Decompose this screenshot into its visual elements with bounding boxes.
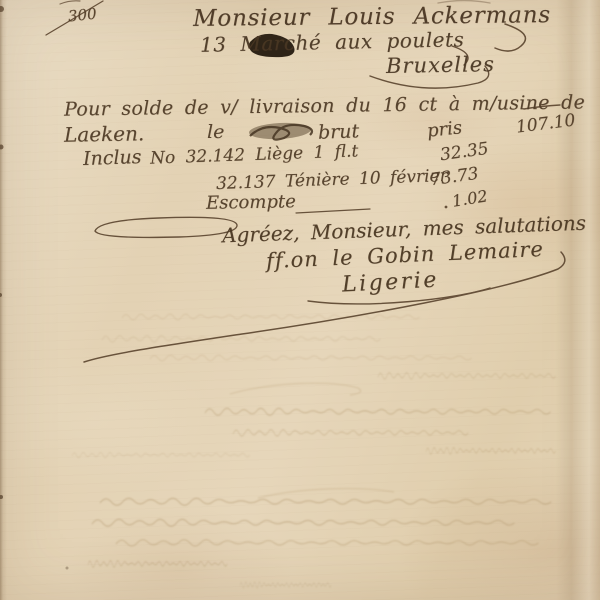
bleed-through-line <box>233 430 468 436</box>
pris-word: pris <box>426 119 463 141</box>
crossed-out-word-scribble <box>250 125 312 140</box>
shipment-amount-2: 73.73 <box>429 166 480 190</box>
bleed-through-line <box>100 498 551 505</box>
bleed-through-line <box>102 336 380 342</box>
place-word: Laeken. <box>64 123 145 144</box>
period-dot <box>445 206 448 209</box>
bleed-through-flourish <box>258 489 394 498</box>
page-vignette <box>0 0 600 600</box>
paper-stains <box>0 0 600 600</box>
left-paper-edge <box>0 0 7 600</box>
bleed-through-layer <box>0 0 600 600</box>
brut-word: brut <box>318 122 360 142</box>
corner-mark-denominator: 300 <box>67 7 97 25</box>
bleed-through-line <box>92 519 514 526</box>
bleed-through-group <box>72 314 556 588</box>
document-page: 300 Monsieur Louis Ackermans 13 Marché a… <box>0 0 600 600</box>
recipient-street: 13 Marché aux poulets <box>200 29 465 55</box>
right-crease <box>556 0 600 600</box>
signature-name: Ligerie <box>341 269 439 296</box>
bleed-through-line <box>240 582 331 588</box>
recipient-city: Bruxelles <box>386 54 495 77</box>
shipment-line-2: 32.137 Ténière 10 février <box>216 168 448 193</box>
bleed-through-line <box>122 314 420 320</box>
bleed-through-line <box>205 408 551 415</box>
oval-flourish <box>95 217 237 237</box>
scribble-fill <box>249 121 312 140</box>
le-word: le <box>207 123 224 142</box>
shipment-line-1: No 32.142 Liège 1 fl.t <box>150 143 359 167</box>
edge-speck <box>0 495 3 499</box>
bleed-through-line <box>426 448 556 454</box>
invoice-intro-line: Pour solde de v/ livraison du 16 ct à m/… <box>64 93 585 119</box>
total-amount: 107.10 <box>515 112 576 136</box>
paper-texture <box>0 0 600 600</box>
escompte-amount: 1.02 <box>451 188 489 209</box>
edge-speck <box>0 6 4 12</box>
bleed-through-line <box>116 540 538 546</box>
bleed-through-line <box>150 355 472 361</box>
escompte-label: Escompte <box>206 193 296 213</box>
bleed-through-line <box>88 561 227 567</box>
ink-stroke-layer <box>0 0 600 600</box>
bleed-through-flourish <box>230 383 361 395</box>
ink-speck <box>66 567 69 570</box>
inclus-word: Inclus <box>83 148 142 169</box>
edge-speck <box>0 293 2 297</box>
escompte-rule <box>296 209 370 213</box>
bleed-through-line <box>72 453 250 458</box>
bleed-through-line <box>378 373 556 379</box>
corner-numerator-fragment <box>60 1 80 4</box>
recipient-name: Monsieur Louis Ackermans <box>193 4 551 31</box>
edge-speck <box>0 145 4 150</box>
shipment-amount-1: 32.35 <box>439 141 490 165</box>
